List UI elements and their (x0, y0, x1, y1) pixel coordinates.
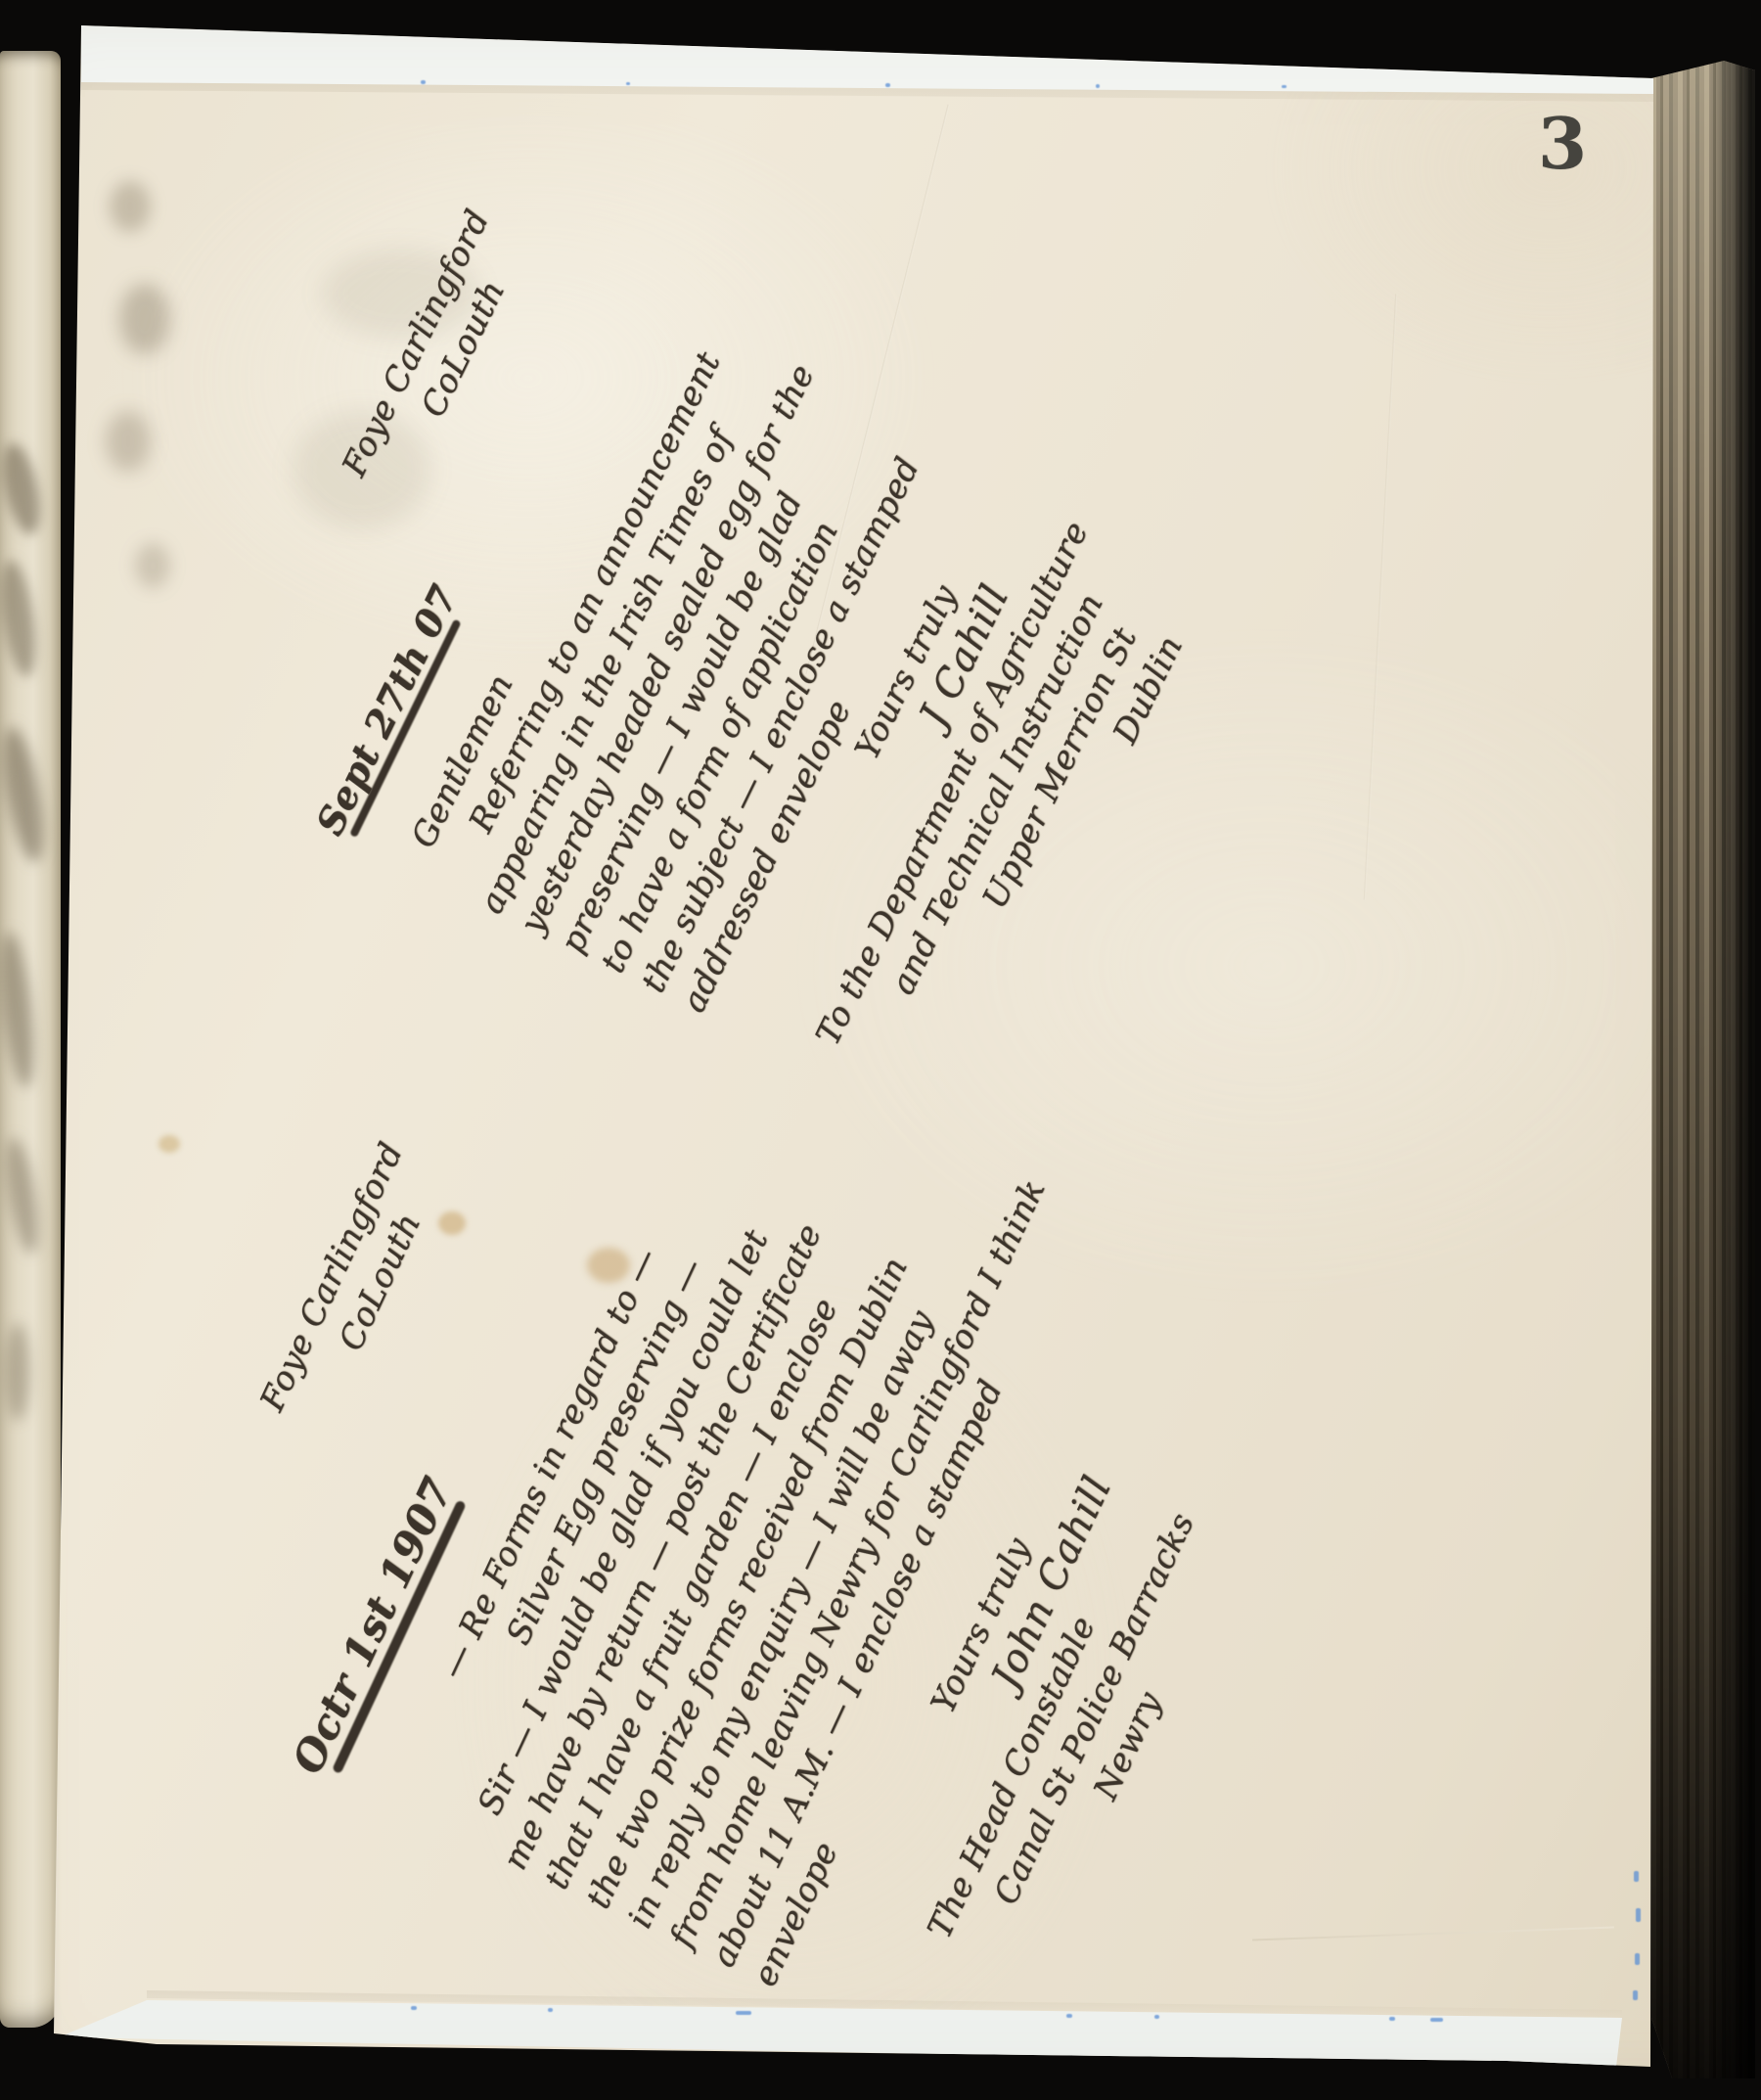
page-number: 3 (1538, 102, 1587, 185)
letterbook-page: 3 Foye Carlingford CoLouth Sept 27th 07 … (0, 0, 1761, 2100)
book-page-stack-edge (1651, 61, 1755, 2078)
ink-bleed-mark (0, 440, 47, 538)
ink-bleed-mark (0, 931, 39, 1089)
page-stack-fade (1651, 61, 1755, 2078)
ink-bleed-mark (1, 1136, 44, 1256)
scanned-letterbook-photo: 3 Foye Carlingford CoLouth Sept 27th 07 … (0, 0, 1761, 2100)
ink-bleed-mark (6, 1323, 29, 1421)
facing-page-edge (0, 51, 61, 2028)
ink-bleed-mark (0, 724, 51, 864)
ink-bleed-mark (0, 558, 41, 678)
